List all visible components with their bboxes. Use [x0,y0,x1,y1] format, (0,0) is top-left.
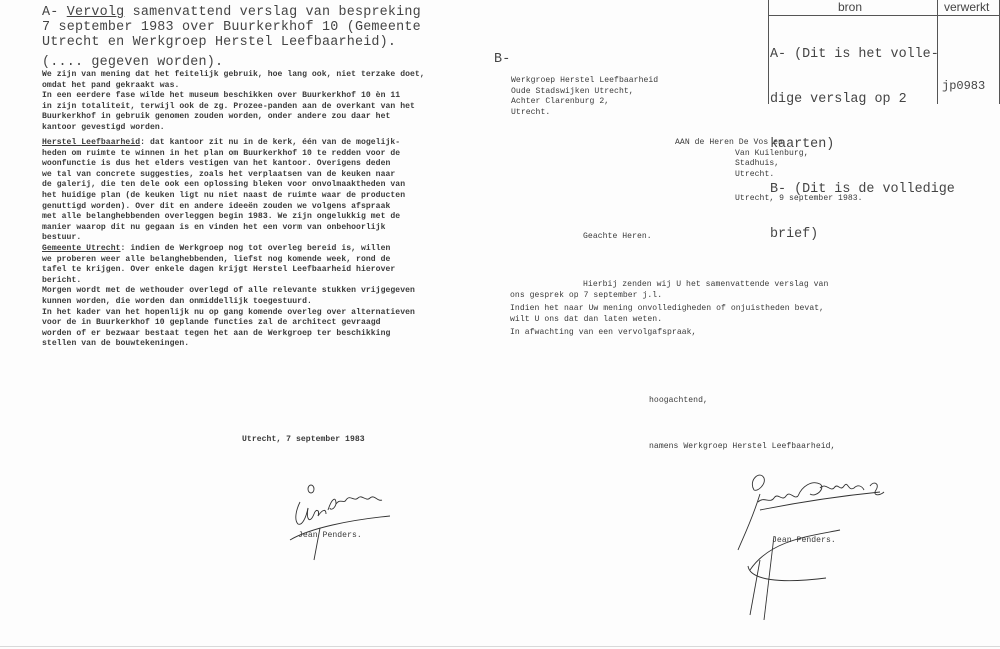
bron-line: A- (Dit is het volle- [770,47,955,62]
doc-a-date: Utrecht, 7 september 1983 [242,435,365,446]
stamp-header-verwerkt: verwerkt [944,0,989,14]
scanned-document-page: bron verwerkt A- (Dit is het volle- dige… [0,0,1000,649]
doc-b-on-behalf: namens Werkgroep Herstel Leefbaarheid, [649,442,835,453]
doc-a-paragraph-2: Herstel Leefbaarheid: dat kantoor zit nu… [42,138,405,244]
doc-b-salutation: Geachte Heren. [583,232,652,243]
doc-b-label: B- [494,52,510,67]
stamp-header-bron: bron [838,0,862,14]
doc-a-heading: A- Vervolg samenvattend verslag van besp… [42,5,421,50]
doc-b-signatory: Jean Penders. [772,536,836,547]
doc-b-body: Hierbij zenden wij U het samenvattende v… [510,280,828,339]
gemeente-utrecht-label: Gemeente Utrecht [42,244,121,253]
bron-line: brief) [770,227,955,242]
doc-b-closing: hoogachtend, [649,396,708,407]
doc-a-signatory: Jean Penders. [298,531,362,542]
stamp-header-rule [768,15,1000,16]
doc-a-paragraph-1: We zijn van mening dat het feitelijk geb… [42,70,425,134]
doc-a-continued: (.... gegeven worden). [42,55,223,70]
archive-stamp-box: bron verwerkt A- (Dit is het volle- dige… [768,0,1000,104]
herstel-leefbaarheid-label: Herstel Leefbaarheid [42,138,140,147]
stamp-verwerkt-code: jp0983 [942,79,985,93]
signature-a-icon [270,480,410,560]
page-bottom-edge [0,646,1000,647]
heading-underlined-word: Vervolg [67,5,125,20]
doc-a-paragraph-3: Gemeente Utrecht: indien de Werkgroep no… [42,244,415,350]
doc-b-recipient: AAN de Heren De Vos enVan Kuilenburg,Sta… [675,138,809,180]
doc-b-date: Utrecht, 9 september 1983. [735,194,863,205]
bron-line: dige verslag op 2 [770,92,955,107]
doc-b-sender-address: Werkgroep Herstel LeefbaarheidOude Stads… [511,76,658,118]
